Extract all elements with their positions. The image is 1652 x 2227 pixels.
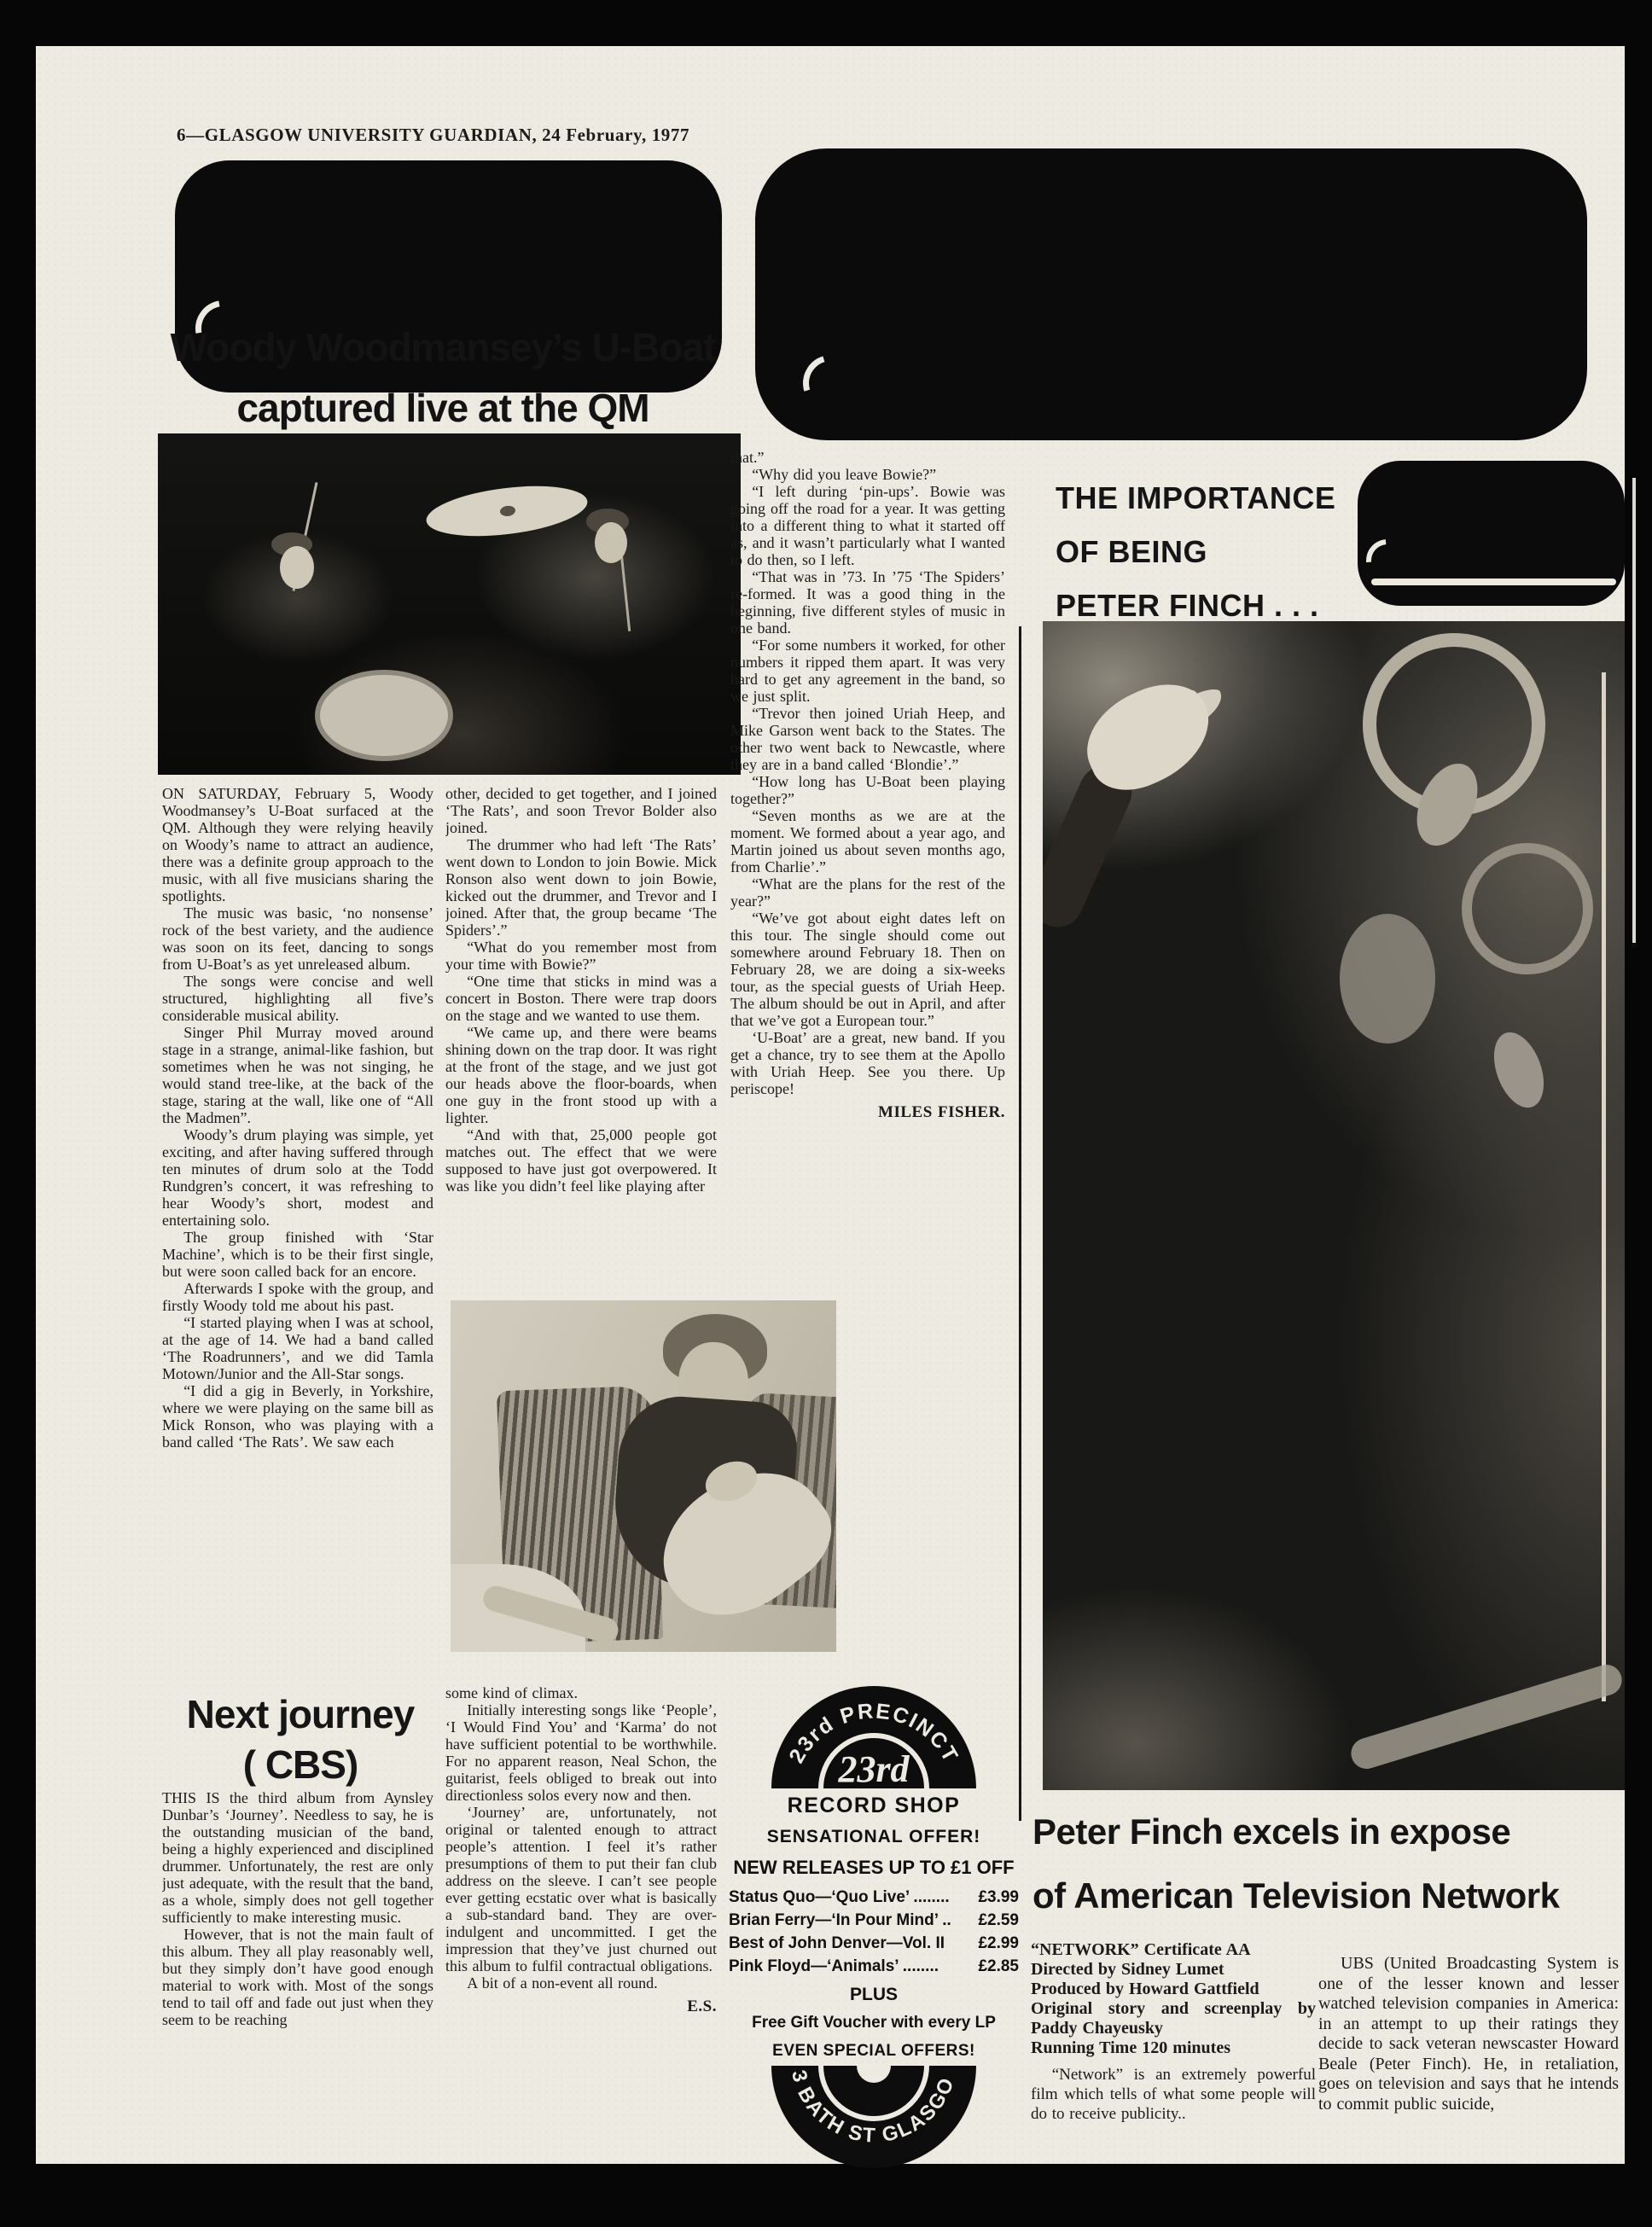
finch-teaser-line2: OF BEING bbox=[1056, 537, 1414, 567]
newspaper-paper: 6—GLASGOW UNIVERSITY GUARDIAN, 24 Februa… bbox=[36, 46, 1625, 2164]
paragraph: Singer Phil Murray moved around stage in… bbox=[162, 1024, 433, 1126]
scanned-newspaper-page: 6—GLASGOW UNIVERSITY GUARDIAN, 24 Februa… bbox=[0, 0, 1652, 2227]
paragraph: Directed by Sidney Lumet bbox=[1031, 1960, 1316, 1980]
network-column-1: “NETWORK” Certificate AADirected by Sidn… bbox=[1031, 1940, 1316, 2124]
journey-byline: E.S. bbox=[445, 1998, 717, 2015]
paragraph: Initially interesting songs like ‘People… bbox=[445, 1701, 717, 1804]
uboat-headline-line2: captured live at the QM bbox=[134, 388, 752, 427]
paragraph: “That was in ’73. In ’75 ‘The Spiders’ r… bbox=[730, 568, 1005, 637]
paragraph: ‘Journey’ are, unfortunately, not origin… bbox=[445, 1804, 717, 1974]
record-shop-ad: 23rd PRECINCT 23rd RECORD SHOP SENSATION… bbox=[729, 1681, 1019, 2170]
ad-release-item: Best of John Denver—Vol. II£2.99 bbox=[729, 1932, 1019, 1955]
paragraph: ‘U-Boat’ are a great, new band. If you g… bbox=[730, 1029, 1005, 1097]
paragraph: “I did a gig in Beverly, in Yorkshire, w… bbox=[162, 1382, 433, 1451]
seated-portrait-photo bbox=[451, 1300, 836, 1652]
cymbal-shape bbox=[424, 479, 590, 544]
network-credits: “NETWORK” Certificate AADirected by Sidn… bbox=[1031, 1940, 1316, 2058]
journey-column-2: some kind of climax.Initially interestin… bbox=[445, 1684, 717, 2015]
paragraph: ON SATURDAY, February 5, Woody Woodmanse… bbox=[162, 785, 433, 904]
page-header: 6—GLASGOW UNIVERSITY GUARDIAN, 24 Februa… bbox=[177, 125, 689, 146]
journey-review-headline: Next journey ( CBS) bbox=[138, 1695, 462, 1784]
drummer-face-shape bbox=[595, 522, 627, 563]
paragraph: The music was basic, ‘no nonsense’ rock … bbox=[162, 904, 433, 973]
ad-shop-name: RECORD SHOP bbox=[729, 1795, 1019, 1817]
uboat-column-3-text: that.”“Why did you leave Bowie?”“I left … bbox=[730, 449, 1005, 1097]
paragraph: Produced by Howard Gattfield bbox=[1031, 1980, 1316, 1999]
band-concert-photo bbox=[158, 433, 741, 775]
network-review-headline: Peter Finch excels in expose of American… bbox=[1032, 1814, 1638, 1914]
ad-voucher-line: Free Gift Voucher with every LP bbox=[729, 2015, 1019, 2031]
paragraph: “Trevor then joined Uriah Heep, and Mike… bbox=[730, 705, 1005, 773]
paragraph: “Why did you leave Bowie?” bbox=[730, 466, 1005, 483]
record-shop-logo-bottom: 23 BATH ST GLASGOW bbox=[767, 2064, 980, 2170]
paragraph: “And with that, 25,000 people got matche… bbox=[445, 1126, 717, 1195]
journey-column-1: THIS IS the third album from Aynsley Dun… bbox=[162, 1789, 433, 2158]
paragraph: that.” bbox=[730, 449, 1005, 466]
paragraph: Running Time 120 minutes bbox=[1031, 2038, 1316, 2058]
ad-special-offers-line: EVEN SPECIAL OFFERS! bbox=[729, 2043, 1019, 2059]
paragraph: “We’ve got about eight dates left on thi… bbox=[730, 910, 1005, 1029]
paragraph: A bit of a non-event all round. bbox=[445, 1974, 717, 1992]
paragraph: “I started playing when I was at school,… bbox=[162, 1314, 433, 1382]
uboat-column-1: ON SATURDAY, February 5, Woody Woodmanse… bbox=[162, 785, 433, 1691]
ad-release-list: Status Quo—‘Quo Live’ ........£3.99Brian… bbox=[729, 1886, 1019, 1978]
stained-glass-disc-shape bbox=[1340, 914, 1435, 1044]
column-rule bbox=[1019, 626, 1021, 1821]
paragraph: “How long has U-Boat been playing togeth… bbox=[730, 773, 1005, 807]
network-headline-line1: Peter Finch excels in expose bbox=[1032, 1814, 1638, 1850]
paragraph: some kind of climax. bbox=[445, 1684, 717, 1701]
uboat-column-2: other, decided to get together, and I jo… bbox=[445, 785, 717, 1326]
peter-finch-photo bbox=[1043, 621, 1625, 1790]
paragraph: Afterwards I spoke with the group, and f… bbox=[162, 1280, 433, 1314]
paragraph: The group finished with ‘Star Machine’, … bbox=[162, 1229, 433, 1280]
finch-teaser-line3: PETER FINCH . . . bbox=[1056, 590, 1414, 621]
paragraph: Original story and screenplay by Paddy C… bbox=[1031, 1999, 1316, 2038]
ad-release-item: Brian Ferry—‘In Pour Mind’ ..£2.59 bbox=[729, 1909, 1019, 1932]
paragraph: However, that is not the main fault of t… bbox=[162, 1926, 433, 2028]
finch-teaser-line1: THE IMPORTANCE bbox=[1056, 483, 1414, 514]
paragraph: “NETWORK” Certificate AA bbox=[1031, 1940, 1316, 1960]
paragraph: Woody’s drum playing was simple, yet exc… bbox=[162, 1126, 433, 1229]
uboat-byline: MILES FISHER. bbox=[730, 1104, 1005, 1121]
singer-face-shape bbox=[280, 546, 314, 589]
mic-stand-shape bbox=[619, 546, 631, 631]
stained-glass-ring-shape bbox=[1462, 843, 1593, 974]
stained-glass-petal-shape bbox=[1485, 1025, 1553, 1113]
uboat-headline-line1: Woody Woodmansey’s U-Boat bbox=[134, 328, 752, 367]
light-pole-shape bbox=[1602, 672, 1606, 1701]
ad-logo-script: 23rd bbox=[837, 1748, 910, 1790]
ad-plus: PLUS bbox=[729, 1986, 1019, 2003]
paragraph: The songs were concise and well structur… bbox=[162, 973, 433, 1024]
paragraph: THIS IS the third album from Aynsley Dun… bbox=[162, 1789, 433, 1926]
journey-headline-line2: ( CBS) bbox=[138, 1745, 462, 1784]
paragraph: “What do you remember most from your tim… bbox=[445, 939, 717, 973]
network-headline-line2: of American Television Network bbox=[1032, 1878, 1638, 1914]
journey-column-2-text: some kind of climax.Initially interestin… bbox=[445, 1684, 717, 1992]
journey-headline-line1: Next journey bbox=[138, 1695, 462, 1734]
paragraph: The drummer who had left ‘The Rats’ went… bbox=[445, 836, 717, 939]
paragraph: “One time that sticks in mind was a conc… bbox=[445, 973, 717, 1024]
ad-offer-line: NEW RELEASES UP TO £1 OFF bbox=[729, 1858, 1019, 1877]
network-body-1: “Network” is an extremely powerful film … bbox=[1031, 2065, 1316, 2124]
light-streak-shape bbox=[1347, 1660, 1625, 1772]
paragraph: “We came up, and there were beams shinin… bbox=[445, 1024, 717, 1126]
paragraph: “What are the plans for the rest of the … bbox=[730, 875, 1005, 910]
paragraph: “For some numbers it worked, for other n… bbox=[730, 637, 1005, 705]
uboat-headline: Woody Woodmansey’s U-Boat captured live … bbox=[134, 328, 752, 427]
network-body-2: UBS (United Broadcasting System is one o… bbox=[1318, 1954, 1619, 2114]
drum-shape bbox=[315, 670, 453, 761]
paragraph: other, decided to get together, and I jo… bbox=[445, 785, 717, 836]
scan-edge-artifact bbox=[1632, 478, 1636, 943]
paragraph: “Seven months as we are at the moment. W… bbox=[730, 807, 1005, 875]
top-right-banner-redacted bbox=[755, 148, 1587, 440]
network-column-2: UBS (United Broadcasting System is one o… bbox=[1318, 1947, 1619, 2114]
paragraph: “I left during ‘pin-ups’. Bowie was goin… bbox=[730, 483, 1005, 568]
ad-release-item: Status Quo—‘Quo Live’ ........£3.99 bbox=[729, 1886, 1019, 1909]
record-shop-logo-top: 23rd PRECINCT 23rd bbox=[767, 1681, 980, 1790]
ad-subtitle: SENSATIONAL OFFER! bbox=[729, 1828, 1019, 1846]
ad-release-item: Pink Floyd—‘Animals’ ........£2.85 bbox=[729, 1955, 1019, 1978]
finch-teaser-heading: THE IMPORTANCE OF BEING PETER FINCH . . … bbox=[1056, 483, 1414, 644]
uboat-column-3: that.”“Why did you leave Bowie?”“I left … bbox=[730, 449, 1005, 1121]
